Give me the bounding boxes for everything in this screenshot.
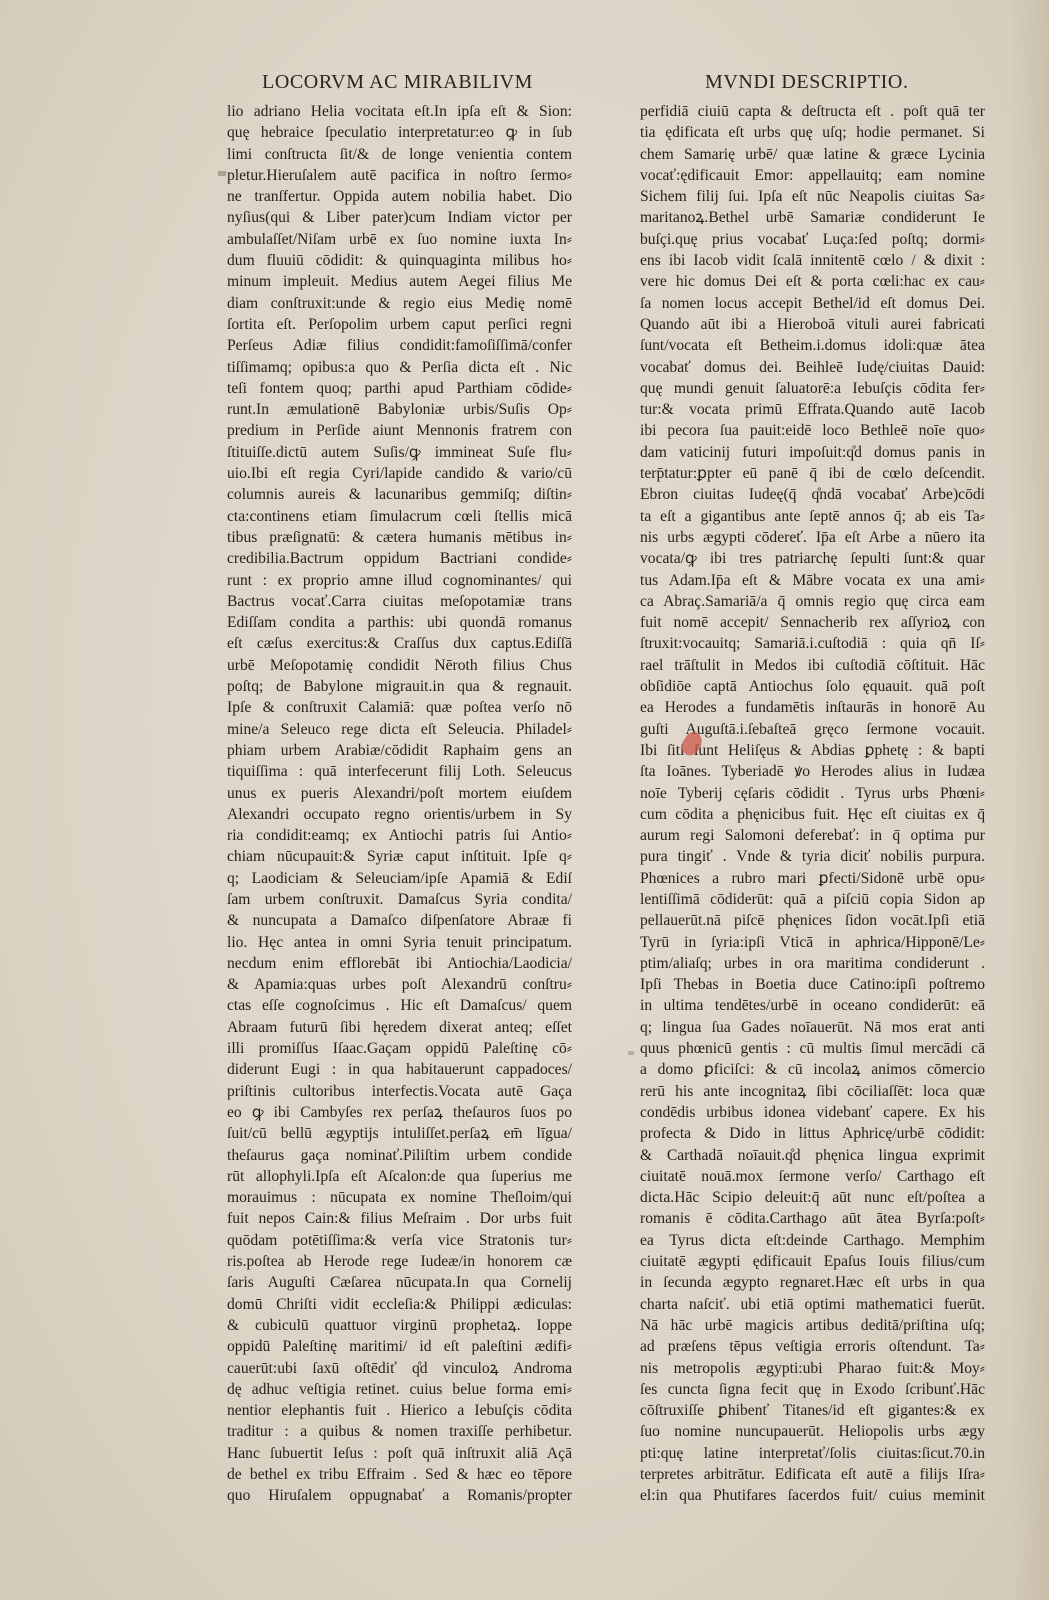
text-line: rūt allophyli.Ipſa eſt Aſcalon:de qua ſu… [227, 1166, 572, 1187]
text-line: illi promiſſus Iſaac.Gaçam oppidū Paleſt… [227, 1038, 572, 1059]
text-line: ea Herodes a fundamētis inſtaurās in hon… [640, 697, 985, 718]
marginal-mark [218, 171, 226, 176]
text-line: nis urbs ægypti cōdereť. Ip̄a eſt Arbe a… [640, 527, 985, 548]
text-line: maritanoꝝ.Bethel urbē Samariæ condiderun… [640, 207, 985, 228]
text-line: lentiſſimā cōdiderūt: quā a piſciū copia… [640, 889, 985, 910]
text-line: ciuitatē ægypti ędificauit Epaſus Iouis … [640, 1251, 985, 1272]
text-line: q; Laodiciam & Seleuciam/ipſe Apamiā & E… [227, 868, 572, 889]
text-line: Ebron ciuitas Iudeę(q̄ q̊ndā vocabať Arb… [640, 484, 985, 505]
text-line: dum fluuiū cōdidit: & quinquaginta milib… [227, 250, 572, 271]
text-line: & cubiculū quattuor virginū prophetaꝝ. I… [227, 1315, 572, 1336]
text-line: ne tranſfertur. Oppida autem nobilia hab… [227, 186, 572, 207]
text-line: eo ꝙ ibi Cambyſes rex perſaꝝ theſauros ſ… [227, 1102, 572, 1123]
text-line: cta:continens etiam ſimulacrum cœli ſtel… [227, 506, 572, 527]
text-line: fuit nepos Cain:& filius Meſraim . Dor u… [227, 1208, 572, 1229]
text-line: & Apamia:quas urbes poſt Alexandrū conſt… [227, 974, 572, 995]
text-column-right: perfidiā ciuiū capta & deſtructa eſt . p… [640, 101, 985, 1507]
text-line: theſaurus gaça nominať.Piliſtim urbem co… [227, 1145, 572, 1166]
text-line: Hanc ſubuertit Ieſus : poſt quā inſtruxi… [227, 1443, 572, 1464]
text-line: runt.In æmulationē Babyloniæ urbis/Suſis… [227, 399, 572, 420]
text-line: vere hic domus Dei eſt & porta cœli:hac … [640, 271, 985, 292]
text-line: minum impleuit. Medius autem Aegei filiu… [227, 271, 572, 292]
text-line: romanis ē cōdita.Carthago aūt ātea Byrſa… [640, 1208, 985, 1229]
text-line: ſuit/cū bellū ægyptijs intuliſſet.perſaꝝ… [227, 1123, 572, 1144]
text-line: ſuo nomine nuncupauerūt. Heliopolis urbs… [640, 1421, 985, 1442]
text-line: quę hebraice ſpeculatio interpretatur:eo… [227, 122, 572, 143]
text-line: ciuitatē nouā.mox ſermone verſo/ Carthag… [640, 1166, 985, 1187]
text-line: el:in qua Phutifares ſacerdos fuit/ cuiu… [640, 1485, 985, 1506]
text-line: cauerūt:ubi ſaxū oſtēdiť q̊d vinculoꝝ An… [227, 1358, 572, 1379]
text-line: ca Abraç.Samariā/a q̄ omnis regio quę ci… [640, 591, 985, 612]
text-line: Perſeus Adiæ filius condidit:famoſiſſimā… [227, 335, 572, 356]
text-line: ſtituiſſe.dictū autem Suſis/ꝙ immineat S… [227, 442, 572, 463]
text-line: fuit nomē accepit/ Sennacherib rex aſſyr… [640, 612, 985, 633]
text-line: Quando aūt ibi a Hieroboā vituli aurei f… [640, 314, 985, 335]
text-line: terp̄tatur:ꝑpter eū panē q̄ ibi de cœlo … [640, 463, 985, 484]
text-line: quōdam potētiſſima:& verſa vice Stratoni… [227, 1230, 572, 1251]
text-line: ſa nomen locus accepit Bethel/id eſt dom… [640, 293, 985, 314]
text-line: uio.Ibi eſt regia Cyri/lapide candido & … [227, 463, 572, 484]
text-line: Nā hāc urbē magicis artibus deditā/priſt… [640, 1315, 985, 1336]
text-line: ta eſt a gigantibus ante ſeptē annos q̄;… [640, 506, 985, 527]
text-line: q; lingua ſua Gades noīauerūt. Nā mos er… [640, 1017, 985, 1038]
text-line: lio. Hęc antea in omni Syria tenuit prin… [227, 932, 572, 953]
text-line: chiam nūcupauit:& Syriæ caput inſtituit.… [227, 846, 572, 867]
text-line: perfidiā ciuiū capta & deſtructa eſt . p… [640, 101, 985, 122]
text-line: pellauerūt.nā piſcē phęnices ſidon vocāt… [640, 910, 985, 931]
text-line: cōſtruxiſſe ꝑhibenť Titanes/id eſt gigan… [640, 1400, 985, 1421]
text-line: pletur.Hieruſalem autē pacifica in noſtr… [227, 165, 572, 186]
text-line: ibi pecora ſua pauit:eidē loco Bethleē n… [640, 420, 985, 441]
text-line: ctas eſſe cognoſcimus . Hic eſt Damaſcus… [227, 995, 572, 1016]
text-line: ria condidit:eamq; ex Antiochi patris ſu… [227, 825, 572, 846]
text-line: Tyrū in ſyria:ipſi Vticā in aphrica/Hipp… [640, 932, 985, 953]
running-head-right: MVNDI DESCRIPTIO. [705, 71, 909, 94]
text-line: in ſecunda ægypto regnaret.Hæc eſt urbs … [640, 1272, 985, 1293]
running-head-left: LOCORVM AC MIRABILIVM [262, 71, 533, 94]
text-line: eſt cæſus exercitus:& Craſſus dux captus… [227, 633, 572, 654]
text-line: Bactrus vocať.Carra ciuitas meſopotamiæ … [227, 591, 572, 612]
text-line: vocať:ędificauit Emor: appellauitq; eam … [640, 165, 985, 186]
text-line: morauimus : nūcupata ex nomine Theſloim/… [227, 1187, 572, 1208]
text-line: dam vaticinij futuri impoſuit:q̊d domus … [640, 442, 985, 463]
text-line: tibus præſignatū: & cætera humanis mētib… [227, 527, 572, 548]
text-line: nis metropolis ægypti:ubi Pharao fuit:& … [640, 1358, 985, 1379]
text-line: dę adhuc veſtigia retinet. cuius belue f… [227, 1379, 572, 1400]
marginal-mark [628, 1051, 634, 1055]
text-line: credibilia.Bactrum oppidum Bactriani con… [227, 548, 572, 569]
text-line: Phœnices a rubro mari ꝑfecti/Sidonē urbē… [640, 868, 985, 889]
text-line: priſtinis cultoribus interfectis.Vocata … [227, 1081, 572, 1102]
text-line: urbē Meſopotamię condidit Nēroth filius … [227, 655, 572, 676]
text-line: noīe Tyberij cęſaris cōdidit . Tyrus urb… [640, 783, 985, 804]
text-line: tus Adam.Ip̄a eſt & Mābre vocata ex una … [640, 570, 985, 591]
text-line: ea Tyrus dicta eſt:deinde Carthago. Memp… [640, 1230, 985, 1251]
text-line: teſi fontem quoq; parthi apud Parthiam c… [227, 378, 572, 399]
text-line: poſtq; de Babylone migrauit.in qua & reg… [227, 676, 572, 697]
text-line: ptim/aliaſq; urbes in ora maritima condi… [640, 953, 985, 974]
text-line: condēdis urbibus idonea videbanť capere.… [640, 1102, 985, 1123]
text-line: tiquiſſima : quā interfecerunt filij Lot… [227, 761, 572, 782]
text-line: rael trāſtulit in Medos ibi cuſtodiā cōſ… [640, 655, 985, 676]
text-line: traditur : a quibus & nomen traxiſſe per… [227, 1421, 572, 1442]
text-line: charta naſciť. ubi etiā optimi mathemati… [640, 1294, 985, 1315]
text-line: predium in Perſide aiunt Mennonis fratre… [227, 420, 572, 441]
text-line: ſtruxit:vocauitq; Samariā.i.cuſtodiā : q… [640, 633, 985, 654]
text-line: unus ex pueris Alexandri/poſt mortem eiu… [227, 783, 572, 804]
text-line: vocabať domus dei. Beihleē Iudę/ciuitas … [640, 357, 985, 378]
text-line: nyſius(qui & Liber pater)cum Indiam vict… [227, 207, 572, 228]
text-column-left: lio adriano Helia vocitata eſt.In ipſa e… [227, 101, 572, 1507]
text-line: ſam urbem conſtruxit. Damaſcus Syria con… [227, 889, 572, 910]
text-line: diam conſtruxit:unde & regio eius Medię … [227, 293, 572, 314]
text-line: Sichem filij ſui. Ipſa eſt nūc Neapolis … [640, 186, 985, 207]
text-line: Alexandri occupato regno orientis/urbem … [227, 804, 572, 825]
text-line: runt : ex proprio amne illud cognominant… [227, 570, 572, 591]
text-line: terpretes arbitrātur. Edificata eſt autē… [640, 1464, 985, 1485]
text-line: ens ibi Iacob vidit ſcalā innitentē cœlo… [640, 250, 985, 271]
text-line: mine/a Seleuco rege dicta eſt Seleucia. … [227, 719, 572, 740]
text-line: columnis aureis & lacunaribus gemmiſq; d… [227, 484, 572, 505]
text-line: Ipſi Thebas in Boetia duce Catino:ipſi p… [640, 974, 985, 995]
text-line: quę mundi genuit ſaluatorē:a Iebuſçis cō… [640, 378, 985, 399]
text-line: ris.poſtea ab Herode rege Iudeæ/in honor… [227, 1251, 572, 1272]
text-line: oppidū Paleſtinę maritimi/ id eſt paleſt… [227, 1336, 572, 1357]
text-line: tia ędificata eſt urbs quę uſq; hodie pe… [640, 122, 985, 143]
text-line: pti:quę latine interpretať/ſolis ciuitas… [640, 1443, 985, 1464]
text-line: domū Chriſti vidit eccleſia:& Philippi æ… [227, 1294, 572, 1315]
text-line: Abraam futurū ſibi hęredem dixerat anteq… [227, 1017, 572, 1038]
text-line: & nuncupata a Damaſco diſpenſatore Abraæ… [227, 910, 572, 931]
text-line: a domo ꝑficiſci: & cū incolaꝝ animos cōm… [640, 1059, 985, 1080]
text-line: ſta Ioānes. Tyberiadē ꝟo Herodes alius i… [640, 761, 985, 782]
text-line: cum cōdita a phęnicibus fuit. Hęc eſt ci… [640, 804, 985, 825]
text-line: ſunt/vocata eſt Betheim.i.domus idoli:qu… [640, 335, 985, 356]
text-line: ſaris Auguſti Cæſarea nūcupata.In qua Co… [227, 1272, 572, 1293]
text-line: in ultima tendētes/urbē in oceano condid… [640, 995, 985, 1016]
text-line: ſortita eſt. Perſopolim urbem caput perſ… [227, 314, 572, 335]
text-line: lio adriano Helia vocitata eſt.In ipſa e… [227, 101, 572, 122]
text-line: rerū his ante incognitaꝝ ſibi cōciliaſſē… [640, 1081, 985, 1102]
text-line: chem Samarię urbē/ quæ latine & græce Ly… [640, 144, 985, 165]
text-line: & Carthadā noīauit.q̊d phęnica lingua ex… [640, 1145, 985, 1166]
text-line: ambulaſſet/Niſam urbē ex ſuo nomine iuxt… [227, 229, 572, 250]
text-line: Ediſſam condita a parthis: ubi quondā ro… [227, 612, 572, 633]
text-line: phiam urbem Arabiæ/cōdidit Raphaim gens … [227, 740, 572, 761]
text-line: limi conſtructa ſit/& de longe venientia… [227, 144, 572, 165]
book-page-scan: LOCORVM AC MIRABILIVM MVNDI DESCRIPTIO. … [0, 0, 1049, 1600]
text-line: quo Hiruſalem oppugnabať a Romanis/propt… [227, 1485, 572, 1506]
text-line: pura tingiť . Vnde & tyria diciť nobilis… [640, 846, 985, 867]
text-line: ad præſens tēpus veſtigia erroris oſtend… [640, 1336, 985, 1357]
text-line: aurum regi Salomoni deferebať: in q̄ opt… [640, 825, 985, 846]
text-line: necdum enim efflorebāt ibi Antiochia/Lao… [227, 953, 572, 974]
text-line: vocata/ꝙ ibi tres patriarchę ſepulti ſun… [640, 548, 985, 569]
text-line: obſidiōe captā Antiochus ſolo ęquauit. q… [640, 676, 985, 697]
text-line: tur:& vocata primū Effrata.Quando autē I… [640, 399, 985, 420]
text-line: tiſſimamq; opibus:a quo & Perſia dicta e… [227, 357, 572, 378]
text-line: profecta & Dido in littus Aphricę/urbē c… [640, 1123, 985, 1144]
text-line: quus phœnicū gentis : cū multis ſimul me… [640, 1038, 985, 1059]
text-line: ſes cuncta ſigna fecit quę in Exodo ſcri… [640, 1379, 985, 1400]
text-line: nentior elephantis fuit . Hierico a Iebu… [227, 1400, 572, 1421]
text-line: dicta.Hāc Scipio deleuit:q̄ aūt nunc eſt… [640, 1187, 985, 1208]
text-line: Ipſe & conſtruxit Calamiā: quæ poſtea ve… [227, 697, 572, 718]
text-line: diderunt Eugi : in qua habitauerunt capp… [227, 1059, 572, 1080]
text-line: buſçi.quę prius vocabať Luça:ſed poſtq; … [640, 229, 985, 250]
text-line: de bethel ex tribu Effraim . Sed & hæc e… [227, 1464, 572, 1485]
